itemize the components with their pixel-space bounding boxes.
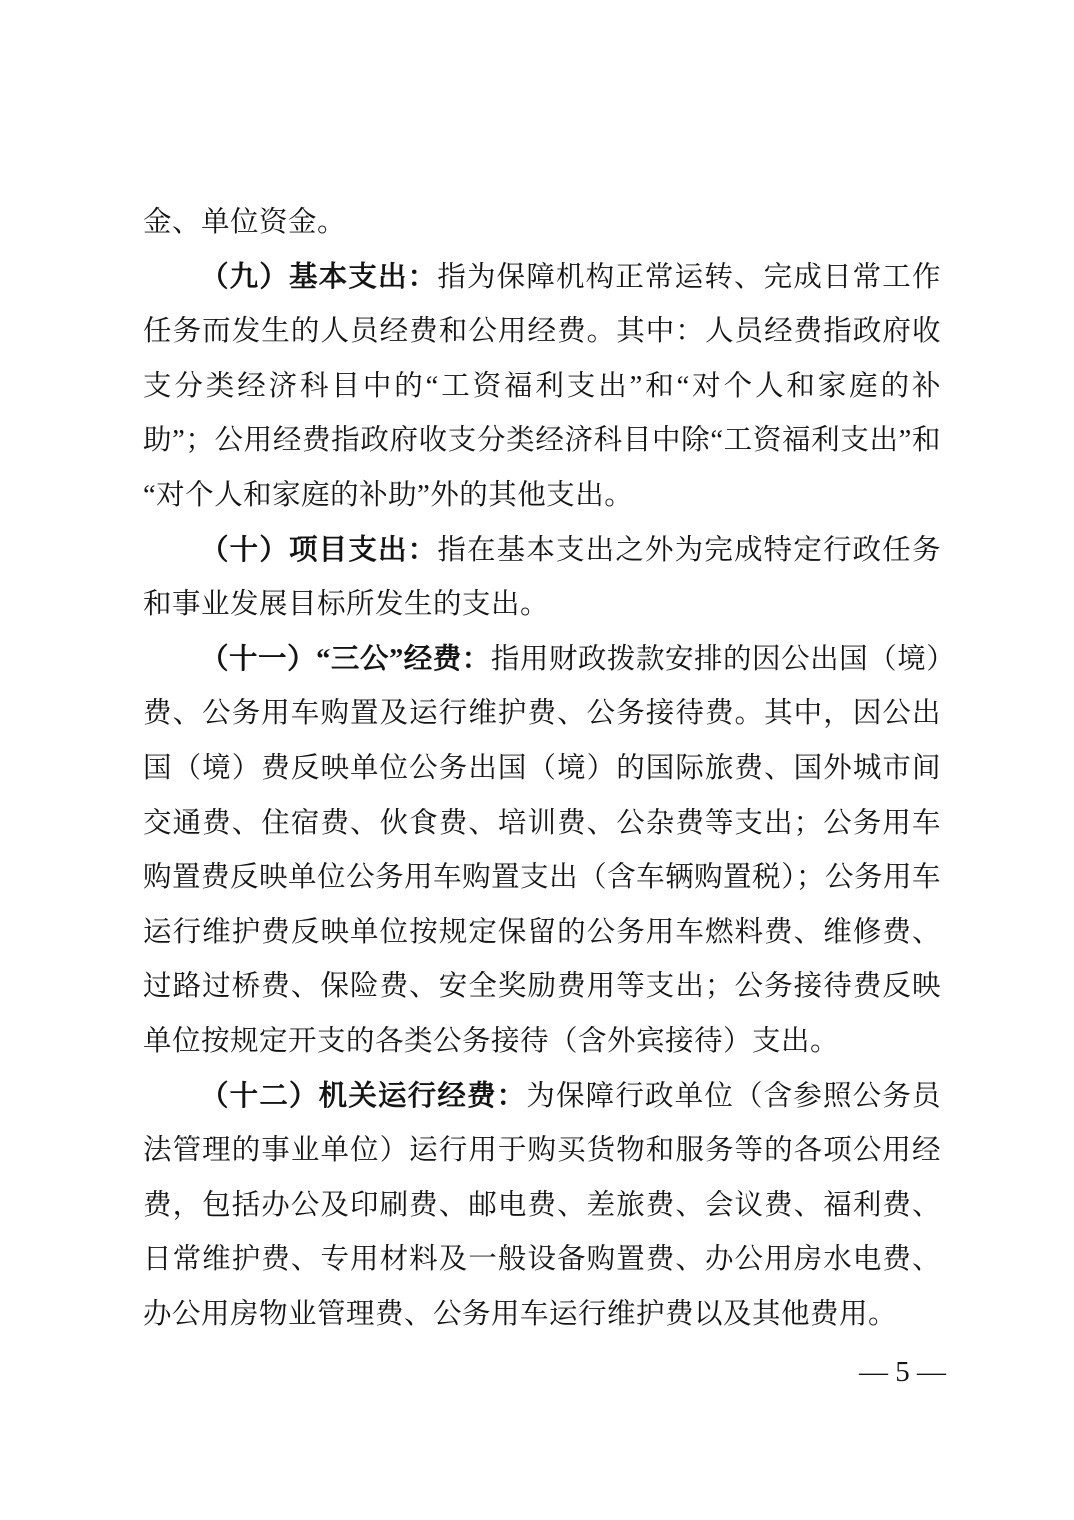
paragraph: （九）基本支出：指为保障机构正常运转、完成日常工作任务而发生的人员经费和公用经费… <box>143 251 941 524</box>
paragraph-text: 金、单位资金。 <box>143 207 346 238</box>
paragraph-lead: （十）项目支出： <box>200 535 437 566</box>
page-number: — 5 — <box>859 1352 946 1392</box>
paragraph-lead: （九）基本支出： <box>200 262 437 293</box>
paragraph-lead: （十一）“三公”经费： <box>200 644 491 675</box>
document-page: 金、单位资金。 （九）基本支出：指为保障机构正常运转、完成日常工作任务而发生的人… <box>0 0 1074 1520</box>
paragraph-lead: （十二）机关运行经费： <box>200 1081 526 1112</box>
paragraph: （十二）机关运行经费：为保障行政单位（含参照公务员法管理的事业单位）运行用于购买… <box>143 1070 941 1343</box>
paragraph-text: 为保障行政单位（含参照公务员法管理的事业单位）运行用于购买货物和服务等的各项公用… <box>143 1081 941 1330</box>
paragraph: 金、单位资金。 <box>143 196 941 251</box>
paragraph: （十）项目支出：指在基本支出之外为完成特定行政任务和事业发展目标所发生的支出。 <box>143 524 941 633</box>
document-body: 金、单位资金。 （九）基本支出：指为保障机构正常运转、完成日常工作任务而发生的人… <box>143 196 941 1342</box>
paragraph-text: 指为保障机构正常运转、完成日常工作任务而发生的人员经费和公用经费。其中：人员经费… <box>143 262 941 511</box>
paragraph-text: 指用财政拨款安排的因公出国（境）费、公务用车购置及运行维护费、公务接待费。其中，… <box>143 644 941 1057</box>
paragraph: （十一）“三公”经费：指用财政拨款安排的因公出国（境）费、公务用车购置及运行维护… <box>143 633 941 1070</box>
